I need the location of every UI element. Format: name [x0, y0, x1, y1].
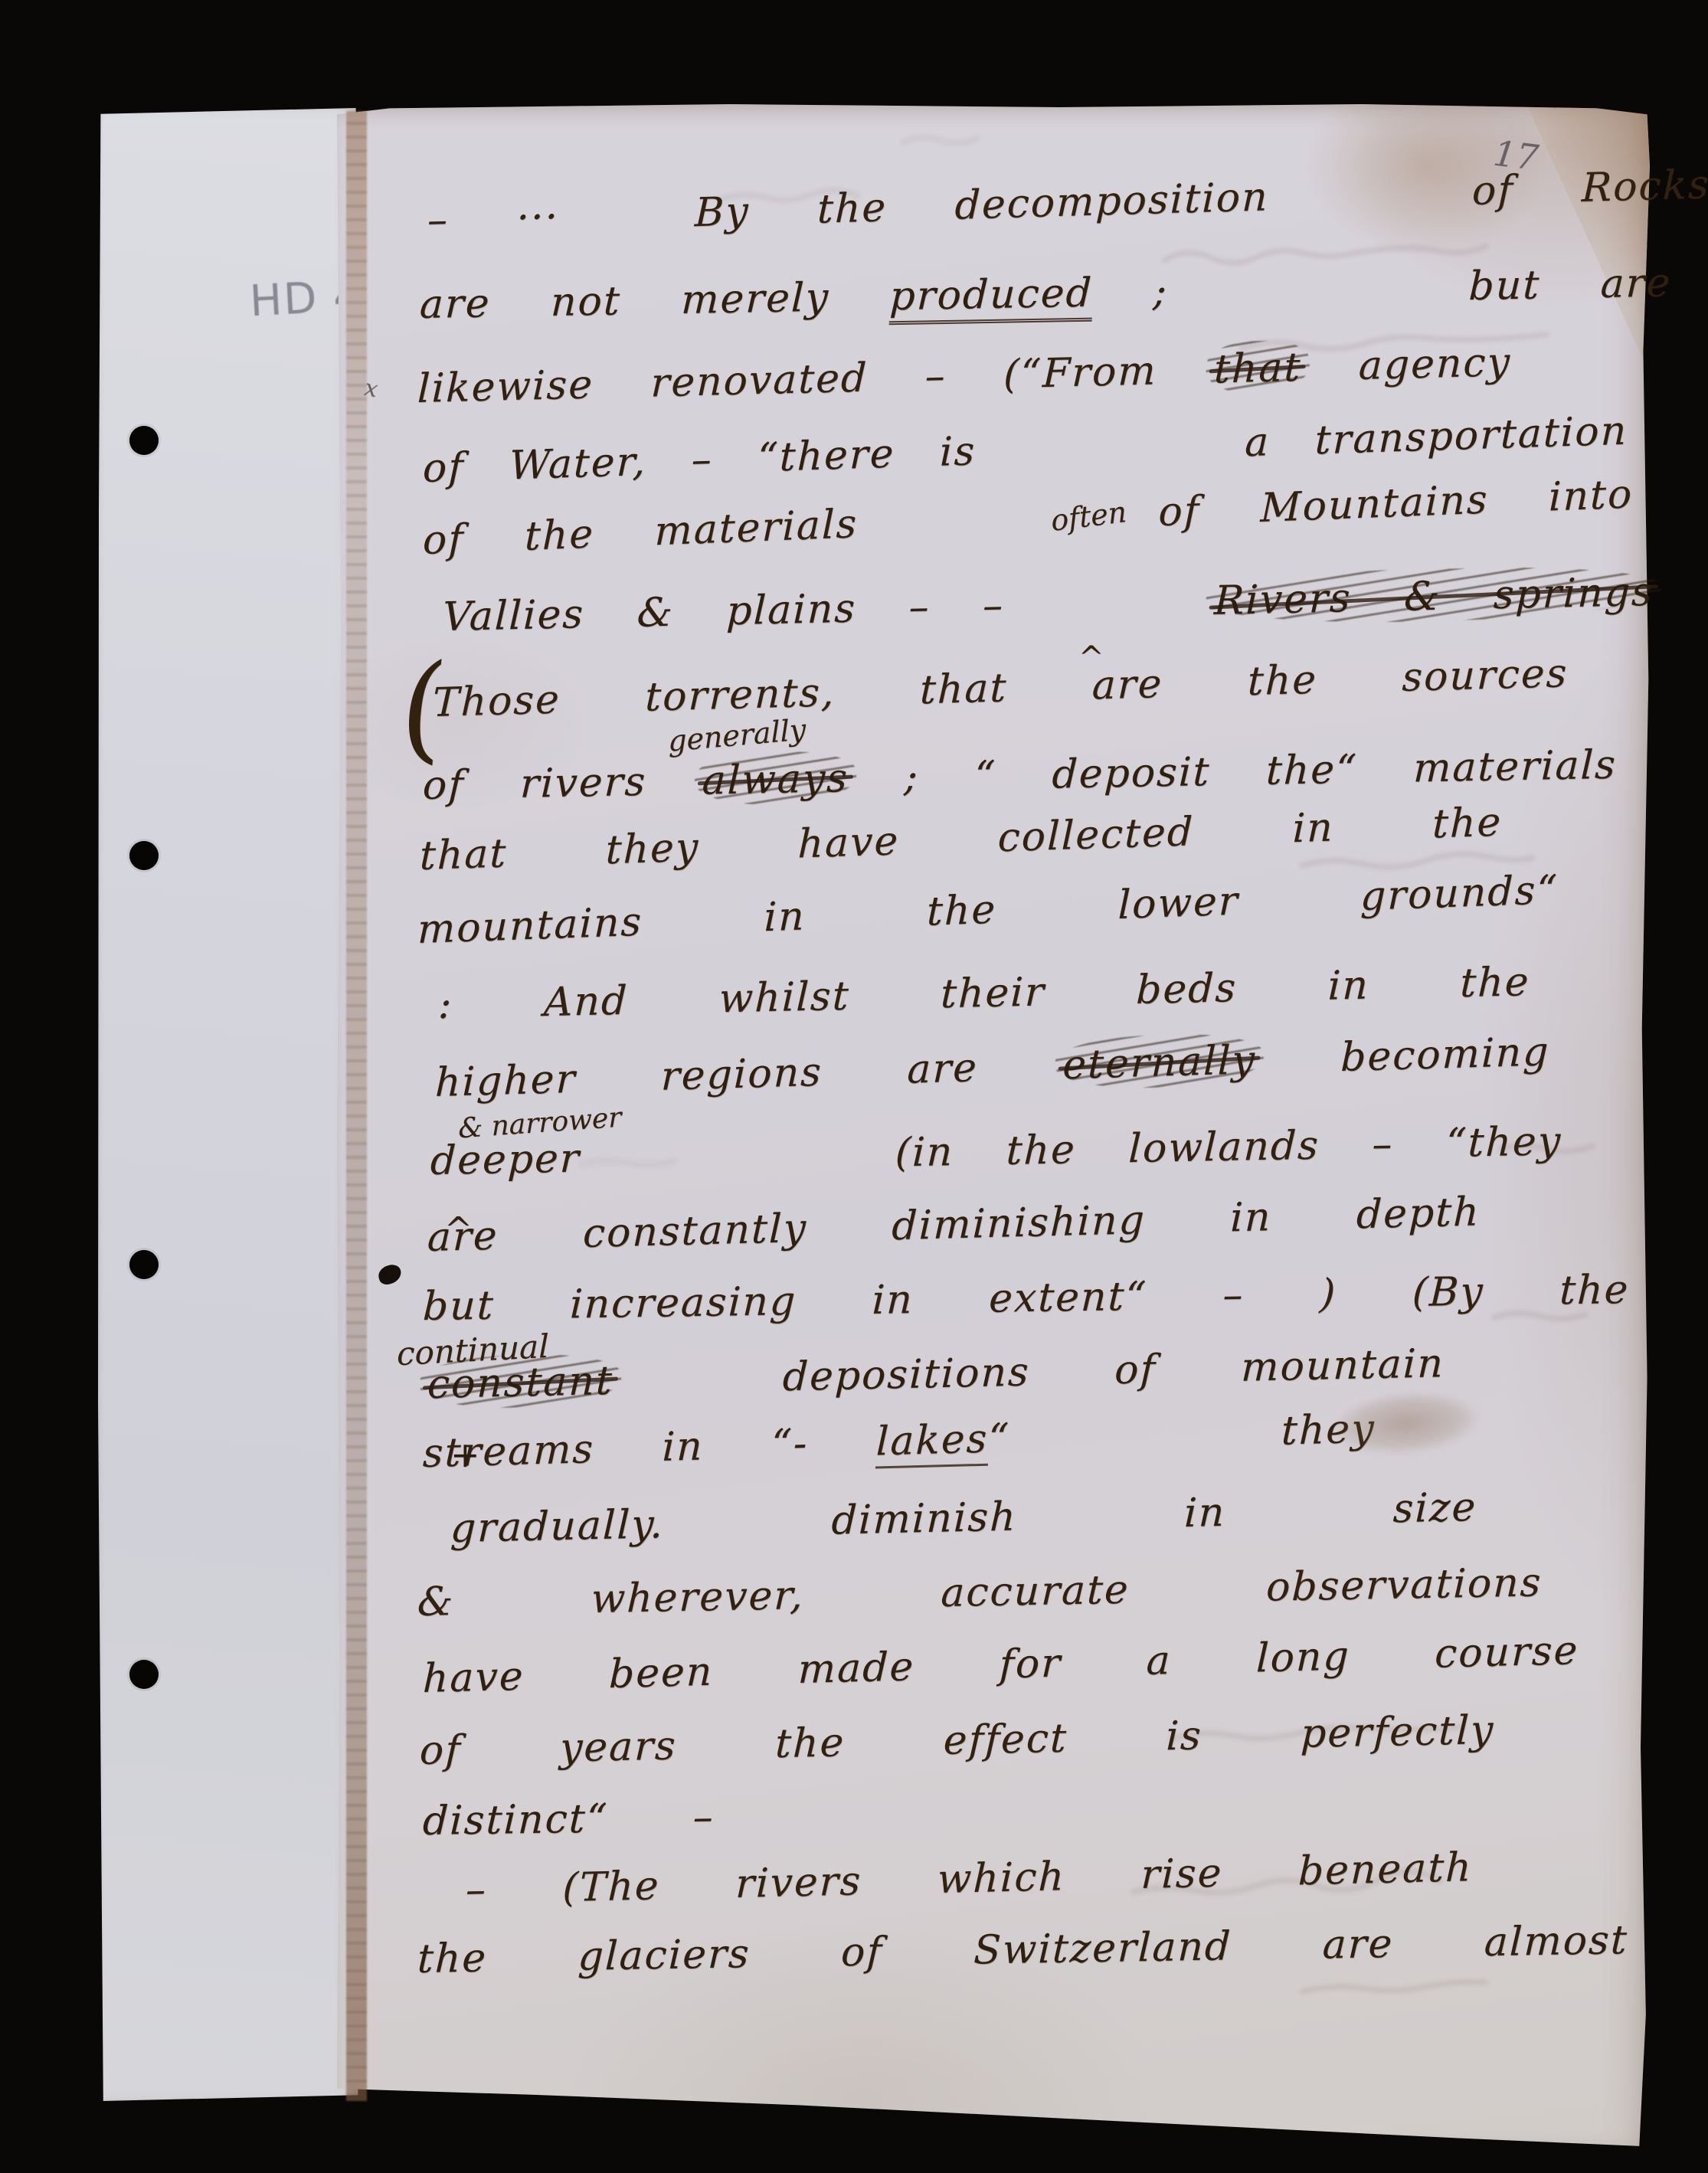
manuscript-line: are not merely produced ; but are: [419, 260, 1672, 328]
manuscript-line: constant depositions of mountain: [427, 1340, 1445, 1408]
manuscript-line: that they have collected in the: [419, 800, 1502, 879]
manuscript-line: – (The rivers which rise beneath: [465, 1844, 1473, 1913]
manuscript-line: mountains in the lower grounds“: [417, 867, 1559, 953]
manuscript-text-layer: – ··· By the decomposition of Rocks; Soi…: [0, 0, 1708, 2173]
manuscript-line: streams in “- lakes“ they: [422, 1406, 1376, 1477]
text-segment: are constantly diminishing in depth: [427, 1189, 1481, 1261]
text-segment: the glaciers of Switzerland are almost: [417, 1917, 1629, 1982]
manuscript-photo: 41 HD 4A|6 17 – ··· By the decomposition…: [0, 0, 1708, 2173]
text-segment: agency: [1301, 339, 1512, 391]
text-segment: have been made for a long course: [422, 1628, 1579, 1702]
text-segment: streams in “-: [422, 1419, 876, 1477]
strikethrough-text: eternally: [1062, 1037, 1257, 1088]
manuscript-line: distinct“ –: [422, 1795, 715, 1844]
large-parenthesis-mark: (: [395, 661, 450, 757]
text-segment: – ··· By the decomposition of Rocks; Soi…: [427, 156, 1708, 244]
manuscript-line: Vallies & plains – – Rivers & springs: [442, 569, 1654, 640]
underlined-text: produced: [888, 270, 1094, 326]
text-segment: gradually. diminish in size: [450, 1484, 1477, 1552]
manuscript-line: gradually. diminish in size: [450, 1484, 1477, 1552]
caret-mark: ^: [444, 1210, 473, 1249]
strikethrough-text: Rivers & springs: [1213, 569, 1654, 624]
text-segment: ; but are: [1092, 260, 1673, 316]
text-segment: Those torrents, that are the sources: [432, 650, 1569, 726]
caret-mark: ^: [1078, 640, 1104, 676]
text-segment: of rivers: [422, 758, 703, 809]
text-segment: distinct“ –: [422, 1795, 715, 1844]
manuscript-line: the glaciers of Switzerland are almost: [417, 1917, 1629, 1982]
text-segment: depositions of mountain: [613, 1340, 1445, 1404]
text-segment: are not merely: [419, 273, 891, 328]
underlined-text: lakes: [875, 1416, 989, 1469]
text-segment: & wherever, accurate observations: [417, 1559, 1543, 1625]
manuscript-line: higher regions are eternally becoming: [434, 1029, 1550, 1106]
plus-mark: +: [450, 1434, 480, 1475]
text-segment: mountains in the lower grounds“: [417, 867, 1559, 953]
manuscript-line: have been made for a long course: [422, 1628, 1579, 1702]
strikethrough-text: that: [1213, 345, 1302, 393]
manuscript-line: likewise renovated – (“From that agency: [417, 339, 1512, 412]
manuscript-line: – ··· By the decomposition of Rocks; Soi…: [427, 156, 1708, 244]
manuscript-line: but increasing in extent“ – ) (By the: [422, 1267, 1631, 1330]
text-segment: Vallies & plains – –: [442, 578, 1215, 640]
text-segment: but increasing in extent“ – ) (By the: [422, 1267, 1631, 1330]
manuscript-line: of rivers always ; “ deposit the“ materi…: [422, 742, 1618, 809]
text-segment: higher regions are: [434, 1042, 1063, 1106]
manuscript-line: : And whilst their beds in the: [437, 959, 1530, 1028]
strikethrough-text: always: [702, 755, 849, 803]
text-segment: that they have collected in the: [419, 800, 1502, 879]
text-segment: likewise renovated – (“From: [417, 347, 1215, 412]
manuscript-line: Those torrents, that are the sources: [432, 650, 1569, 726]
manuscript-line: are constantly diminishing in depth: [427, 1189, 1481, 1261]
text-segment: of years the effect is perfectly: [419, 1707, 1495, 1774]
manuscript-line: of years the effect is perfectly: [419, 1707, 1495, 1774]
text-segment: ; “ deposit the“ materials: [848, 742, 1618, 802]
interlinear-insertion-continual: continual: [397, 1327, 548, 1373]
manuscript-line: & wherever, accurate observations: [417, 1559, 1543, 1625]
text-segment: becoming: [1255, 1029, 1550, 1083]
text-segment: – (The rivers which rise beneath: [465, 1844, 1473, 1913]
margin-x-mark: x: [362, 375, 380, 403]
text-segment: : And whilst their beds in the: [437, 959, 1530, 1028]
